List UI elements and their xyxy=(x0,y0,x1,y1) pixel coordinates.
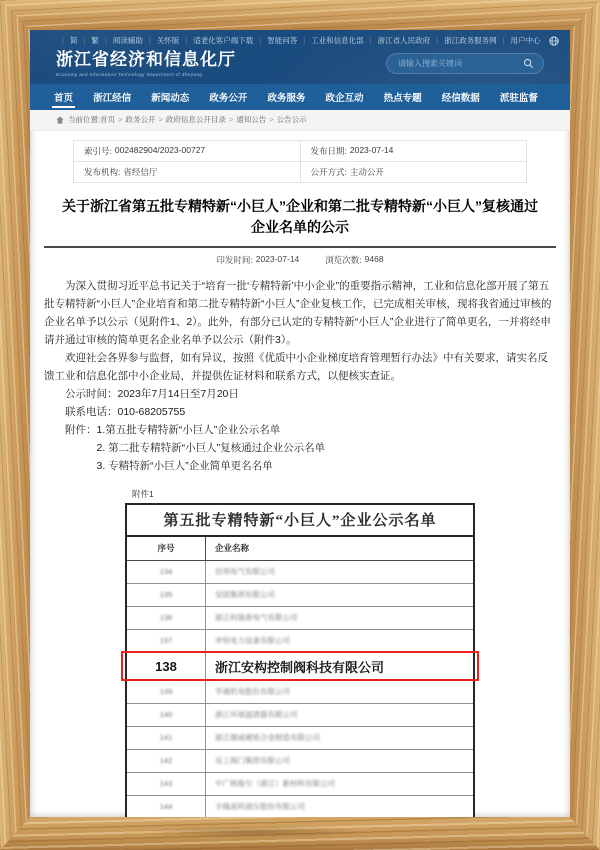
attachments-label: 附件： xyxy=(65,422,97,476)
publisher: 省经信厅 xyxy=(123,166,157,178)
row-number: 141 xyxy=(160,733,173,742)
frame-bottom xyxy=(0,817,600,850)
table-row: 136 浙江科瑞普电气有限公司 xyxy=(127,607,473,630)
utility-link[interactable]: 用户中心 xyxy=(497,35,541,46)
company-name: 浙江环球滤清器有限公司 xyxy=(215,709,298,720)
breadcrumb-link[interactable]: 首页 xyxy=(100,114,125,125)
paragraph-2: 欢迎社会各界参与监督，如有异议，按照《优质中小企业梯度培育管理暂行办法》中有关要… xyxy=(44,349,556,385)
table-row: 143 中广核俊尔（浙江）新材料有限公司 xyxy=(127,773,473,796)
table-row: 142 良工阀门集团有限公司 xyxy=(127,750,473,773)
search-input[interactable] xyxy=(396,58,523,69)
utility-links-right: 工业和信息化部浙江省人民政府浙江政务服务网用户中心 xyxy=(297,35,558,46)
article: 关于浙江省第五批专精特新“小巨人”企业和第二批专精特新“小巨人”复核通过企业名单… xyxy=(30,196,570,500)
breadcrumb-prefix: 当前位置: xyxy=(68,114,100,125)
row-number: 144 xyxy=(160,802,173,811)
home-icon xyxy=(56,116,64,124)
utility-link[interactable]: 工业和信息化部 xyxy=(297,35,363,46)
table-row: 137 申恒电力设备有限公司 xyxy=(127,630,473,653)
nav-item[interactable]: 热点专题 xyxy=(382,85,424,108)
row-number: 134 xyxy=(160,567,173,576)
company-name: 丰隆高科液压股份有限公司 xyxy=(215,801,305,812)
roster-title: 第五批专精特新“小巨人”企业公示名单 xyxy=(127,505,473,537)
accessibility-icon[interactable] xyxy=(549,36,559,46)
table-row: 138 浙江安构控制阀科技有限公司 xyxy=(127,653,473,681)
publicity-period: 公示时间：2023年7月14日至7月20日 xyxy=(44,385,556,403)
row-number: 135 xyxy=(160,590,173,599)
company-name: 浙江德威硬质合金制造有限公司 xyxy=(215,732,320,743)
open-mode: 主动公开 xyxy=(350,166,384,178)
title-divider xyxy=(44,246,556,248)
utility-link[interactable]: 简 xyxy=(56,35,77,46)
row-number: 139 xyxy=(160,687,173,696)
attachment-link[interactable]: 1.第五批专精特新“小巨人”企业公示名单 xyxy=(97,422,333,440)
view-count: 浏览次数: 9468 xyxy=(325,254,383,266)
print-time: 印发时间: 2023-07-14 xyxy=(216,254,299,266)
utility-links-left: 简繁阅读辅助关怀版适老化客户端下载智能问答 xyxy=(56,35,297,46)
row-number: 140 xyxy=(160,710,173,719)
row-number: 137 xyxy=(160,636,173,645)
utility-link[interactable]: 关怀版 xyxy=(143,35,179,46)
meta-publish-date: 发布日期: 2023-07-14 xyxy=(300,141,527,161)
utility-link[interactable]: 适老化客户端下载 xyxy=(179,35,253,46)
attachment-link[interactable]: 2. 第二批专精特新“小巨人”复核通过企业公示名单 xyxy=(97,440,333,458)
meta-open-mode: 公开方式: 主动公开 xyxy=(300,162,527,182)
index-number: 002482904/2023-00727 xyxy=(115,145,205,157)
meta-publisher: 发布机构: 省经信厅 xyxy=(74,162,300,182)
col-header-name: 企业名称 xyxy=(206,537,473,560)
breadcrumb: 当前位置: 首页政务公开政府信息公开目录通知公告公告公示 xyxy=(30,110,570,131)
company-name: 安固集团有限公司 xyxy=(215,589,275,600)
frame-left xyxy=(0,0,30,850)
frame-top xyxy=(0,0,600,30)
breadcrumb-link[interactable]: 通知公告 xyxy=(236,114,276,125)
breadcrumb-link[interactable]: 政务公开 xyxy=(125,114,165,125)
company-name: 浙江科瑞普电气有限公司 xyxy=(215,612,298,623)
site-title-english: Economy and Information Technology Depar… xyxy=(56,72,236,77)
site-logo[interactable]: 浙江省经济和信息化厅 Economy and Information Techn… xyxy=(56,51,236,77)
breadcrumb-link[interactable]: 政府信息公开目录 xyxy=(166,114,236,125)
publish-date: 2023-07-14 xyxy=(350,145,393,157)
table-row: 140 浙江环球滤清器有限公司 xyxy=(127,704,473,727)
search-icon[interactable] xyxy=(523,58,534,69)
table-row: 141 浙江德威硬质合金制造有限公司 xyxy=(127,727,473,750)
webpage: 简繁阅读辅助关怀版适老化客户端下载智能问答 工业和信息化部浙江省人民政府浙江政务… xyxy=(30,30,570,817)
attachment-link[interactable]: 3. 专精特新“小巨人”企业简单更名名单 xyxy=(97,458,333,476)
attachment-list: 1.第五批专精特新“小巨人”企业公示名单2. 第二批专精特新“小巨人”复核通过企… xyxy=(97,422,333,476)
company-name: 信邦电气有限公司 xyxy=(215,566,275,577)
frame-right xyxy=(570,0,600,850)
search-box[interactable] xyxy=(386,53,544,74)
document-meta-table: 索引号: 002482904/2023-00727 发布日期: 2023-07-… xyxy=(73,140,527,183)
nav-item[interactable]: 政务服务 xyxy=(265,85,307,108)
utility-link[interactable]: 浙江省人民政府 xyxy=(364,35,430,46)
utility-link[interactable]: 繁 xyxy=(77,35,98,46)
breadcrumb-link[interactable]: 公告公示 xyxy=(277,114,307,125)
table-row: 135 安固集团有限公司 xyxy=(127,584,473,607)
col-header-no: 序号 xyxy=(127,537,206,560)
nav-item[interactable]: 经信数据 xyxy=(440,85,482,108)
article-meta: 印发时间: 2023-07-14 浏览次数: 9468 xyxy=(44,254,556,266)
utility-link[interactable]: 浙江政务服务网 xyxy=(430,35,496,46)
annex1-label: 附件1 xyxy=(132,488,556,500)
table-row: 144 丰隆高科液压股份有限公司 xyxy=(127,796,473,817)
paragraph-1: 为深入贯彻习近平总书记关于“培育一批‘专精特新’中小企业”的重要指示精神，工业和… xyxy=(44,277,556,349)
attachments: 附件： 1.第五批专精特新“小巨人”企业公示名单2. 第二批专精特新“小巨人”复… xyxy=(44,422,556,476)
nav-item[interactable]: 政务公开 xyxy=(207,85,249,108)
nav-item[interactable]: 政企互动 xyxy=(324,85,366,108)
roster-header: 序号 企业名称 xyxy=(127,537,473,561)
site-title: 浙江省经济和信息化厅 xyxy=(56,51,236,70)
company-name: 浙江安构控制阀科技有限公司 xyxy=(215,657,384,676)
company-name: 申恒电力设备有限公司 xyxy=(215,635,290,646)
company-name: 中广核俊尔（浙江）新材料有限公司 xyxy=(215,778,335,789)
article-title: 关于浙江省第五批专精特新“小巨人”企业和第二批专精特新“小巨人”复核通过企业名单… xyxy=(60,196,540,238)
row-number: 136 xyxy=(160,613,173,622)
row-number: 143 xyxy=(160,779,173,788)
roster-rows: 134 信邦电气有限公司 135 安固集团有限公司 136 浙江科瑞普电气有限公… xyxy=(127,561,473,817)
logo-row: 浙江省经济和信息化厅 Economy and Information Techn… xyxy=(56,51,558,77)
meta-index: 索引号: 002482904/2023-00727 xyxy=(74,141,300,161)
row-number: 138 xyxy=(155,659,177,674)
table-row: 139 华通机电股份有限公司 xyxy=(127,681,473,704)
nav-item[interactable]: 派驻监督 xyxy=(498,85,540,108)
nav-item[interactable]: 新闻动态 xyxy=(149,85,191,108)
breadcrumb-path: 首页政务公开政府信息公开目录通知公告公告公示 xyxy=(100,114,307,125)
table-row: 134 信邦电气有限公司 xyxy=(127,561,473,584)
contact-phone: 联系电话：010-68205755 xyxy=(44,403,556,421)
row-number: 142 xyxy=(160,756,173,765)
company-name: 华通机电股份有限公司 xyxy=(215,686,290,697)
site-header: 简繁阅读辅助关怀版适老化客户端下载智能问答 工业和信息化部浙江省人民政府浙江政务… xyxy=(30,30,570,84)
nav-item[interactable]: 首页 xyxy=(52,85,75,108)
utility-link[interactable]: 智能问答 xyxy=(253,35,297,46)
nav-item[interactable]: 浙江经信 xyxy=(91,85,133,108)
article-body: 为深入贯彻习近平总书记关于“培育一批‘专精特新’中小企业”的重要指示精神，工业和… xyxy=(44,277,556,421)
utility-link[interactable]: 阅读辅助 xyxy=(99,35,143,46)
main-nav: 首页浙江经信新闻动态政务公开政务服务政企互动热点专题经信数据派驻监督 xyxy=(30,84,570,110)
company-name: 良工阀门集团有限公司 xyxy=(215,755,290,766)
roster-table: 第五批专精特新“小巨人”企业公示名单 序号 企业名称 134 信邦电气有限公司 … xyxy=(125,503,475,817)
utility-bar: 简繁阅读辅助关怀版适老化客户端下载智能问答 工业和信息化部浙江省人民政府浙江政务… xyxy=(56,35,558,46)
